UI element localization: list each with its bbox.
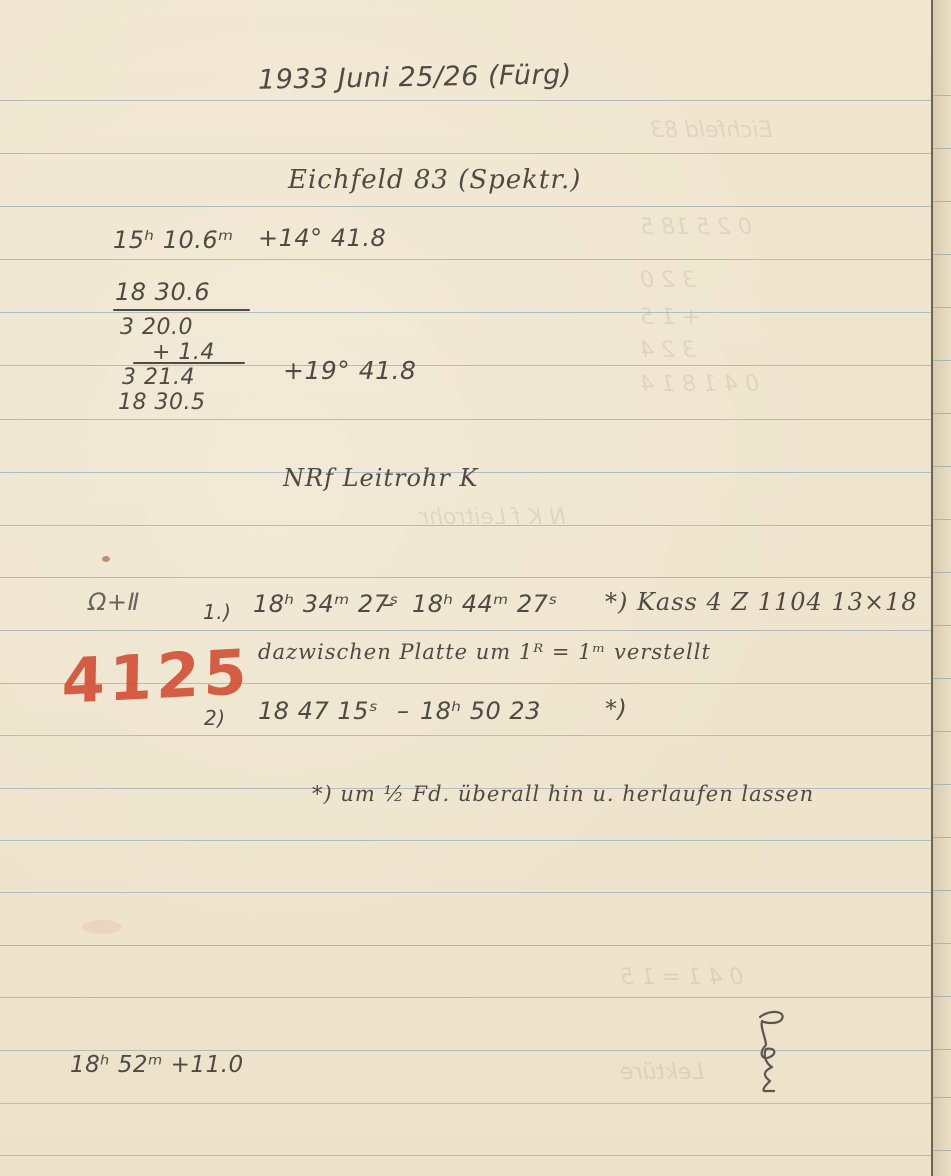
instrument-label: NRf Leitrohr K <box>283 464 478 492</box>
ruled-line <box>933 201 951 202</box>
adjacent-page-strip <box>933 0 951 1176</box>
red-smudge <box>82 920 122 934</box>
show-through-text: + 1 5 <box>640 305 700 330</box>
ruled-line <box>933 943 951 944</box>
ruled-line <box>0 1155 931 1156</box>
ruled-line <box>933 572 951 573</box>
show-through-text: 0 4 1 8 1 4 <box>640 372 759 397</box>
between-note: dazwischen Platte um 1ᴿ = 1ᵐ verstellt <box>258 640 711 664</box>
ruled-line <box>0 1103 931 1104</box>
ruled-line <box>0 735 931 736</box>
ruled-line <box>933 1049 951 1050</box>
ink-spot <box>102 556 110 562</box>
ruled-line <box>0 840 931 841</box>
ruled-line <box>0 945 931 946</box>
show-through-text: N K f Leitrohr <box>420 505 566 530</box>
exposure-start: 18ʰ 34ᵐ 27ˢ <box>253 590 399 618</box>
exposure-end: 18ʰ 50 23 <box>420 697 541 725</box>
computation-line: 3 21.4 <box>122 365 195 390</box>
ruled-line <box>933 413 951 414</box>
dec-entry: +19° 41.8 <box>283 356 416 385</box>
ruled-line <box>933 1150 951 1151</box>
ruled-line <box>933 466 951 467</box>
ruled-line <box>0 419 931 420</box>
exposure-start: 18 47 15ˢ <box>258 697 378 725</box>
filter-symbol: Ω+Ⅱ <box>88 588 140 616</box>
ruled-line <box>933 996 951 997</box>
ruled-line <box>0 259 931 260</box>
exposure-dash: – <box>382 590 395 618</box>
notebook-page: Eichfeld 83 0 2 5 18 5 3 2 0 + 1 5 3 2 4… <box>0 0 931 1176</box>
ra-entry: 15ʰ 10.6ᵐ <box>113 226 234 254</box>
dec-entry: +14° 41.8 <box>258 224 386 252</box>
ruled-line <box>0 312 931 313</box>
footnote: *) um ½ Fd. überall hin u. herlaufen las… <box>312 782 814 806</box>
ruled-line <box>933 784 951 785</box>
computation-line: 18 30.6 <box>115 278 210 306</box>
exposure-dash: – <box>397 697 410 725</box>
computation-line: 3 20.0 <box>120 315 193 340</box>
show-through-text: 3 2 4 <box>640 338 696 363</box>
signature-initials <box>752 1005 792 1095</box>
ruled-line <box>933 837 951 838</box>
sum-underline <box>113 309 250 311</box>
ruled-line <box>0 892 931 893</box>
ruled-line <box>933 519 951 520</box>
ruled-line <box>933 678 951 679</box>
ruled-line <box>933 1097 951 1098</box>
exposure-note: *) Kass 4 Z 1104 13×18 <box>605 588 918 616</box>
ruled-line <box>0 206 931 207</box>
ruled-line <box>933 95 951 96</box>
sum-underline <box>133 362 245 364</box>
ruled-line <box>933 731 951 732</box>
ruled-line <box>933 148 951 149</box>
ruled-line <box>933 625 951 626</box>
show-through-text: Lektüre <box>620 1060 704 1085</box>
show-through-text: 3 2 0 <box>640 268 696 293</box>
show-through-text: 0 2 5 18 5 <box>640 215 752 240</box>
exposure-index: 2) <box>204 706 226 730</box>
ruled-line <box>933 254 951 255</box>
computation-line: 18 30.5 <box>118 390 205 415</box>
exposure-note: *) <box>605 695 627 723</box>
object-title: Eichfeld 83 (Spektr.) <box>288 165 581 195</box>
header-date: 1933 Juni 25/26 (Fürg) <box>258 59 572 95</box>
ruled-line <box>0 153 931 154</box>
ruled-line <box>933 360 951 361</box>
show-through-text: Eichfeld 83 <box>650 118 772 143</box>
exposure-end: 18ʰ 44ᵐ 27ˢ <box>412 590 558 618</box>
show-through-text: 0 4 1 = 1 5 <box>620 965 743 990</box>
exposure-index: 1.) <box>203 600 231 624</box>
ruled-line <box>0 100 931 101</box>
ruled-line <box>0 997 931 998</box>
ruled-line <box>933 890 951 891</box>
ruled-line <box>933 307 951 308</box>
ruled-line <box>0 630 931 631</box>
ruled-line <box>0 577 931 578</box>
time-entry: 18ʰ 52ᵐ +11.0 <box>70 1052 244 1078</box>
